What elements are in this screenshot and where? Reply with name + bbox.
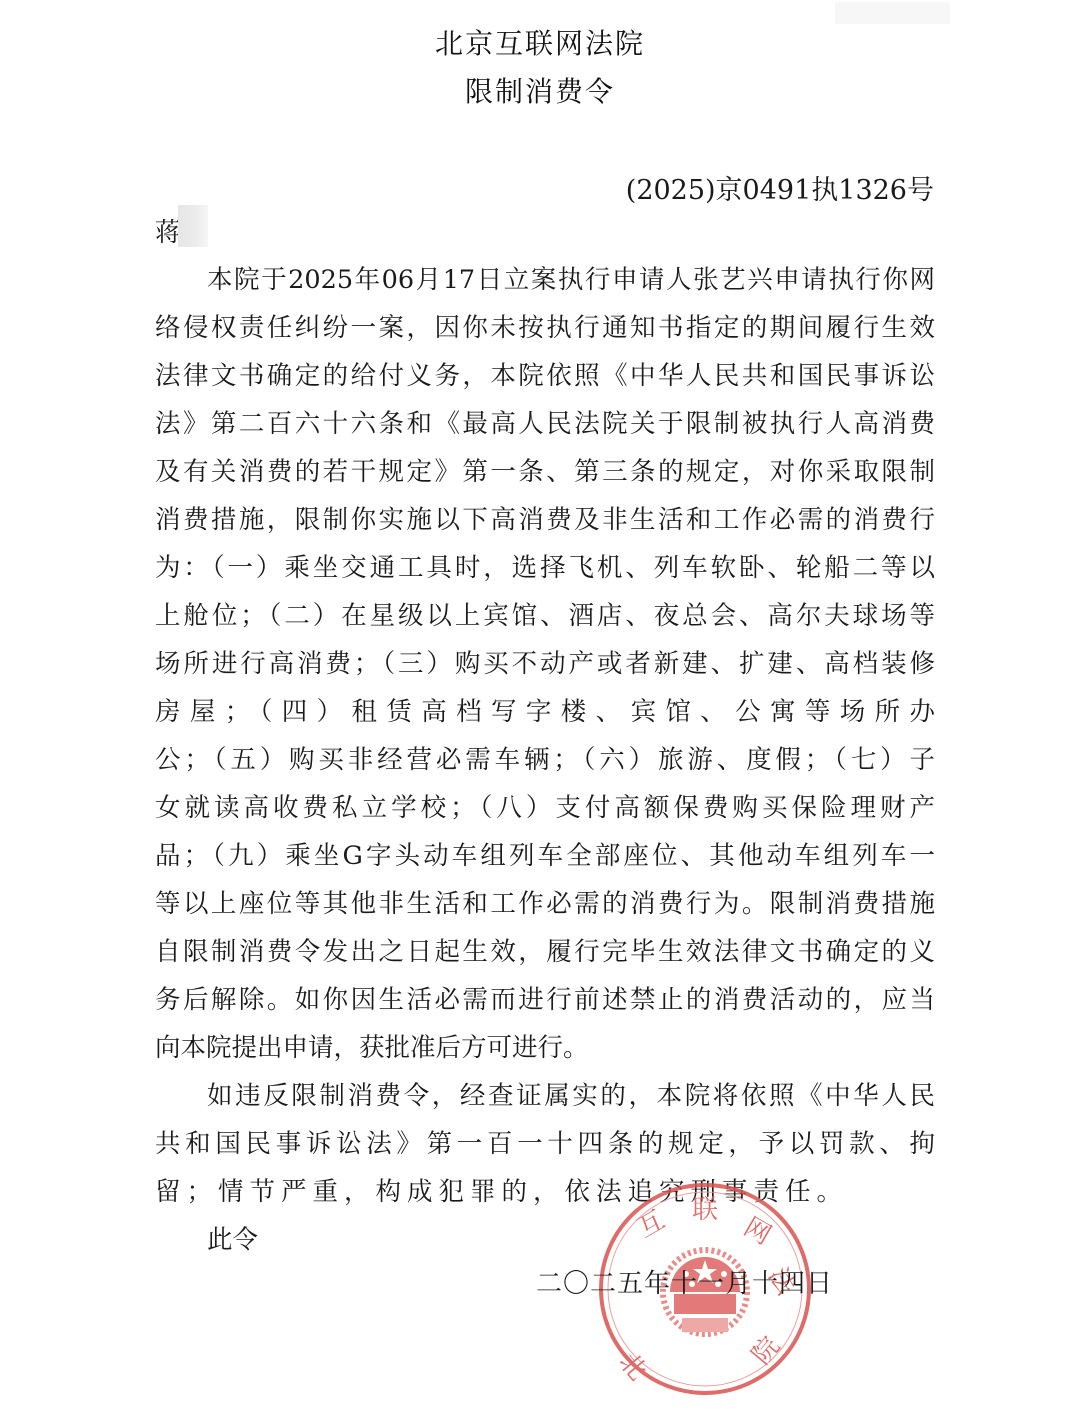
- svg-text:联: 联: [692, 1195, 718, 1225]
- body-line: 等以上座位等其他非生活和工作必需的消费行为。限制消费措施: [155, 884, 935, 924]
- body-line: 自限制消费令发出之日起生效，履行完毕生效法律文书确定的义: [155, 932, 935, 972]
- svg-text:北: 北: [613, 1347, 653, 1386]
- redaction-block: [835, 2, 950, 24]
- body-line: 品；（九）乘坐G字头动车组列车全部座位、其他动车组列车一: [155, 836, 935, 876]
- warning-line: 留；情节严重，构成犯罪的，依法追究刑事责任。: [155, 1172, 935, 1212]
- body-line: 络侵权责任纠纷一案，因你未按执行通知书指定的期间履行生效: [155, 308, 935, 348]
- case-number: (2025)京0491执1326号: [626, 168, 934, 207]
- body-line: 消费措施，限制你实施以下高消费及非生活和工作必需的消费行: [155, 500, 935, 540]
- body-line: 向本院提出申请，获批准后方可进行。: [155, 1028, 935, 1068]
- body-line: 房屋；（四）租赁高档写字楼、宾馆、公寓等场所办: [155, 692, 935, 732]
- svg-text:院: 院: [746, 1331, 786, 1370]
- body-line: 为：（一）乘坐交通工具时，选择飞机、列车软卧、轮船二等以: [155, 548, 935, 588]
- body-line: 女就读高收费私立学校；（八）支付高额保费购买保险理财产: [155, 788, 935, 828]
- document-title: 限制消费令: [0, 70, 1080, 110]
- warning-line: 如违反限制消费令，经查证属实的，本院将依照《中华人民: [207, 1076, 935, 1116]
- document-page: 北京互联网法院 限制消费令 (2025)京0491执1326号 蒋 本院于202…: [0, 0, 1080, 1416]
- closing-text: 此令: [207, 1220, 935, 1260]
- court-name: 北京互联网法院: [0, 22, 1080, 62]
- body-line: 上舱位；（二）在星级以上宾馆、酒店、夜总会、高尔夫球场等: [155, 596, 935, 636]
- body-line: 公；（五）购买非经营必需车辆；（六）旅游、度假；（七）子: [155, 740, 935, 780]
- body-line: 场所进行高消费；（三）购买不动产或者新建、扩建、高档装修: [155, 644, 935, 684]
- body-line: 法律文书确定的给付义务，本院依照《中华人民共和国民事诉讼: [155, 356, 935, 396]
- warning-line: 共和国民事诉讼法》第一百一十四条的规定，予以罚款、拘: [155, 1124, 935, 1164]
- body-line: 及有关消费的若干规定》第一条、第三条的规定，对你采取限制: [155, 452, 935, 492]
- addressee-redaction: [178, 205, 208, 247]
- body-line: 法》第二百六十六条和《最高人民法院关于限制被执行人高消费: [155, 404, 935, 444]
- body-line: 本院于2025年06月17日立案执行申请人张艺兴申请执行你网: [207, 260, 935, 300]
- issue-date: 二〇二五年十一月十四日: [536, 1263, 833, 1300]
- body-line: 务后解除。如你因生活必需而进行前述禁止的消费活动的，应当: [155, 980, 935, 1020]
